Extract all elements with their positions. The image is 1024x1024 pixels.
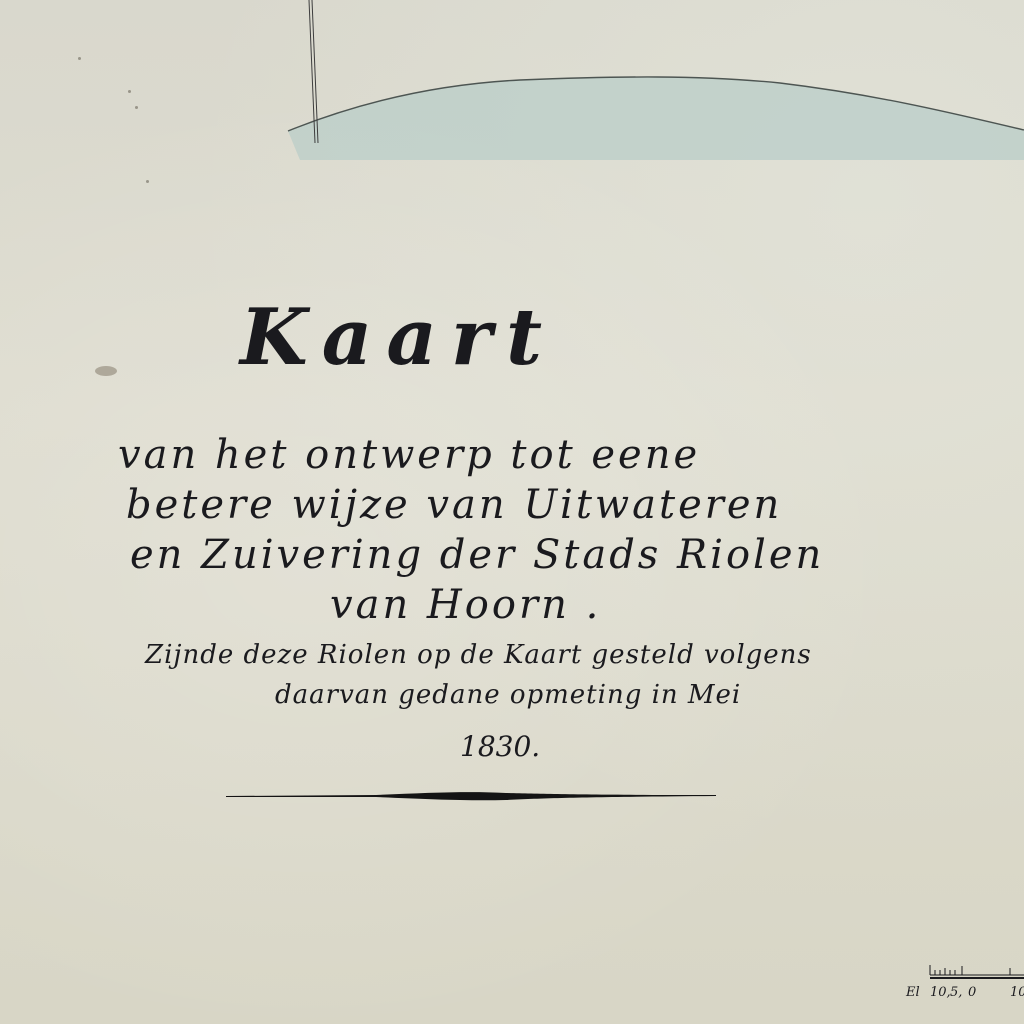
- map-title: Kaart: [240, 292, 556, 383]
- map-water-body: [0, 0, 1024, 160]
- scale-unit: El: [906, 985, 920, 1000]
- title-line-2: betere wijze van Uitwateren: [126, 482, 782, 528]
- title-line-4: van Hoorn .: [330, 582, 601, 628]
- scale-label-0: 0: [968, 985, 976, 1000]
- paper-speck: [128, 90, 131, 93]
- title-line-1: van het ontwerp tot eene: [118, 432, 700, 478]
- decorative-rule: [226, 790, 716, 802]
- note-line-2: daarvan gedane opmeting in Mei: [275, 680, 741, 710]
- scale-bar: El 10, 5, 0 10: [900, 955, 1024, 1015]
- survey-year: 1830.: [460, 730, 540, 763]
- paper-speck: [135, 106, 138, 109]
- title-line-3: en Zuivering der Stads Riolen: [130, 532, 824, 578]
- scale-label-5: 5,: [950, 985, 962, 1000]
- paper-speck: [146, 180, 149, 183]
- paper-speck: [78, 57, 81, 60]
- scale-label-10: 10,: [930, 985, 951, 1000]
- scale-bar-graphic: [900, 955, 1024, 985]
- paper-stain: [95, 366, 117, 376]
- note-line-1: Zijnde deze Riolen op de Kaart gesteld v…: [145, 640, 812, 670]
- scale-label-10-right: 10: [1010, 985, 1024, 1000]
